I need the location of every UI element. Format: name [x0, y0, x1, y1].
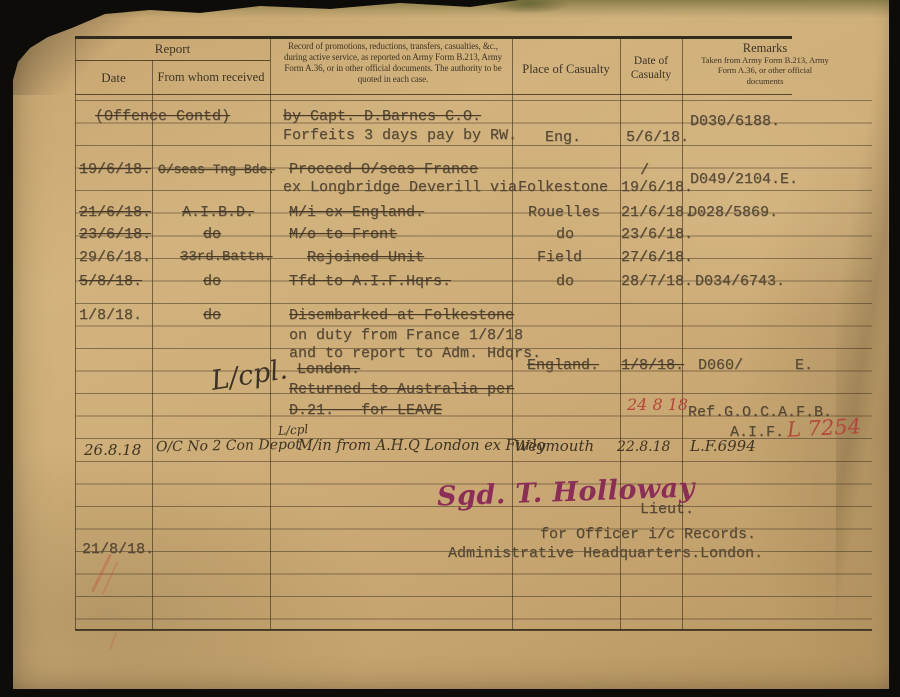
entry-remarks: D030/6188.: [690, 114, 780, 130]
entry-date: 21/6/18.: [79, 205, 151, 221]
entry-place: England.: [527, 358, 599, 374]
col-divider-from: [270, 38, 271, 630]
col-header-report: Report: [75, 41, 270, 57]
table-border-top: [75, 36, 792, 39]
entry-record: Returned to Australia per: [289, 382, 514, 398]
scanned-document: Report Date From whom received Record of…: [0, 0, 900, 697]
entry-casualty-date: 21/6/18.: [621, 205, 693, 221]
entry-place: Folkestone: [518, 180, 608, 196]
entry-date: 1/8/18.: [79, 308, 142, 324]
header-bottom-line: [75, 94, 792, 95]
entry-place: do: [556, 274, 574, 290]
col-header-record-note: Record of promotions, reductions, transf…: [277, 41, 509, 85]
entry-casualty-date: 19/6/18.: [621, 180, 693, 196]
signature-role: for Officer i/c Records.: [540, 527, 756, 543]
entry-record: Proceed O/seas France: [289, 162, 478, 178]
entry-remarks: D034/6743.: [695, 274, 785, 290]
entry-date: 5/8/18.: [79, 274, 142, 290]
entry-date-handwritten: 26.8.18: [84, 441, 141, 459]
entry-remarks: D049/2104.E.: [690, 172, 798, 188]
entry-record: D.21. for LEAVE: [289, 403, 442, 419]
signature-office: Administrative Headquarters.London.: [448, 546, 763, 562]
col-header-date: Date: [75, 70, 152, 86]
red-scribble: [109, 632, 117, 650]
table-border-left: [75, 38, 76, 630]
entry-record: ex Longbridge Deverill via: [283, 180, 517, 196]
col-header-remarks-note: Taken from Army Form B.213, Army Form A.…: [700, 55, 830, 86]
col-header-date-of-casualty: Date of Casualty: [620, 54, 682, 82]
entry-remarks-suffix: E.: [795, 358, 813, 374]
entry-place: Eng.: [545, 130, 581, 146]
entry-record: M/o to Front: [289, 227, 397, 243]
entry-date: 23/6/18.: [79, 227, 151, 243]
handwritten-red-date: 24 8 18: [627, 395, 688, 414]
entry-date: 29/6/18.: [79, 250, 151, 266]
entry-record: on duty from France 1/8/18: [289, 328, 523, 344]
entry-place: do: [556, 227, 574, 243]
entry-casualty-date: 28/7/18.: [621, 274, 693, 290]
signature-rank: Lieut.: [640, 502, 694, 518]
entry-record: Disembarked at Folkestone: [289, 308, 514, 324]
entry-casualty-date: 1/8/18.: [621, 358, 684, 374]
entry-casualty-date: 27/6/18.: [621, 250, 693, 266]
entry-place-handwritten: Weymouth: [514, 437, 594, 455]
entry-record-handwritten: M/in from A.H.Q London ex Furlo: [298, 438, 545, 454]
entry-from-handwritten: O/C No 2 Con Depot: [156, 437, 301, 456]
entry-from: 33rd.Battn.: [180, 250, 272, 265]
entry-remarks: D060/: [698, 358, 743, 374]
entry-record: Forfeits 3 days pay by RW.: [283, 128, 517, 144]
entry-record: M/i ex England.: [289, 205, 424, 221]
entry-casualty-date: 23/6/18.: [621, 227, 693, 243]
report-underline: [75, 60, 270, 61]
handwritten-red-reference: L 7254: [786, 414, 861, 442]
entry-record: and to report to Adm. Hdqrs.: [289, 346, 541, 362]
entry-from: (Offence Contd): [95, 109, 230, 125]
entry-from: O/seas Tng Bde.: [158, 163, 275, 177]
entry-record: Tfd to A.I.F.Hqrs.: [289, 274, 451, 290]
entry-from: do: [203, 274, 221, 290]
col-header-from-whom: From whom received: [152, 70, 270, 85]
entry-record: by Capt. D.Barnes C.O.: [283, 109, 481, 125]
entry-place: Rouelles: [528, 205, 600, 221]
entry-from: A.I.B.D.: [182, 205, 254, 221]
paper-sheet: Report Date From whom received Record of…: [0, 0, 900, 697]
entry-casualty-date-handwritten: 22.8.18: [617, 439, 670, 455]
entry-record: Rejoined Unit: [307, 250, 424, 266]
col-header-place: Place of Casualty: [512, 62, 620, 77]
entry-note-slash: /: [640, 163, 649, 179]
entry-date: 21/8/18.: [82, 542, 154, 558]
entry-remarks: D028/5869.: [688, 205, 778, 221]
entry-remarks-handwritten: L.F.6994: [690, 437, 756, 455]
col-header-remarks: Remarks: [692, 41, 838, 56]
entry-date: 19/6/18.: [79, 162, 151, 178]
entry-casualty-date: 5/6/18.: [626, 130, 689, 146]
entry-record: London.: [297, 362, 360, 378]
handwritten-rank-small: L/cpl: [278, 422, 309, 438]
entry-place: Field: [537, 250, 582, 266]
entry-from: do: [203, 227, 221, 243]
entry-from: do: [203, 308, 221, 324]
